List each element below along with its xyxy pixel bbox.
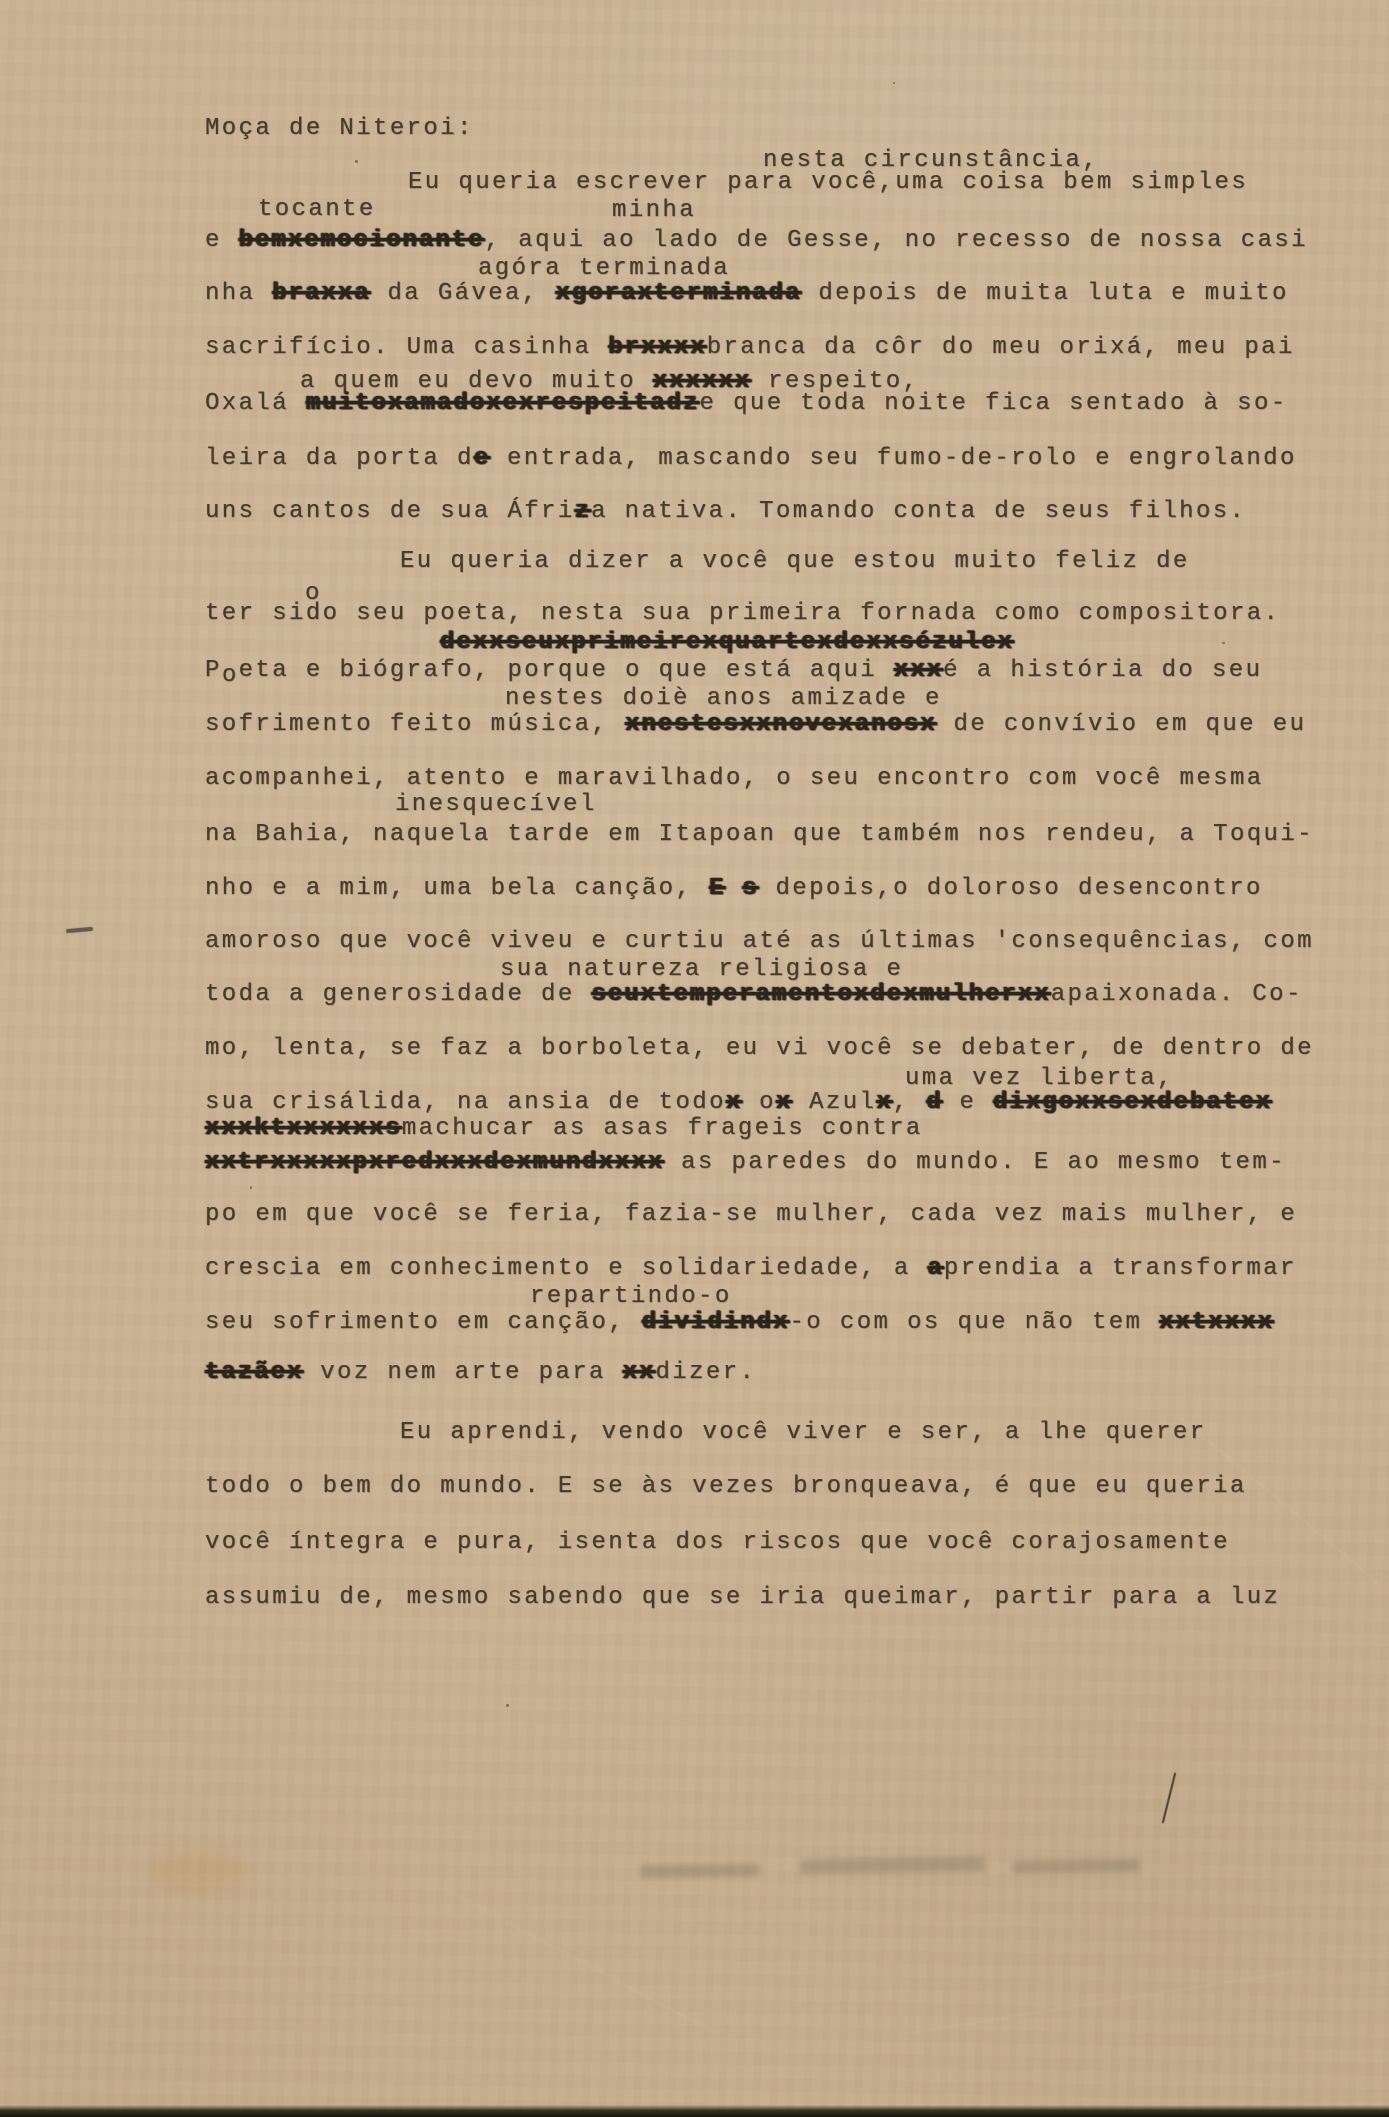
- typewriter-line: nho e a mim, uma bela canção, E s depois…: [205, 876, 1263, 902]
- text-segment: e: [205, 227, 239, 254]
- bleedthrough-smudge: [1012, 1859, 1140, 1873]
- struck-text: muitoxamadoxexrespeitadz: [306, 390, 700, 417]
- struck-text: xxtxxxx: [1159, 1309, 1274, 1336]
- text-segment: e que toda noite fica sentado à so-: [699, 390, 1287, 417]
- text-segment: leira da porta d: [205, 445, 474, 472]
- text-segment: tocante: [258, 196, 376, 223]
- struck-text: xxtrxxxxxpxredxxxdexmundxxxx: [205, 1149, 664, 1176]
- text-segment: minha: [612, 197, 696, 224]
- text-segment: a nativa. Tomando conta de seus filhos.: [591, 498, 1246, 525]
- text-segment: agóra terminada: [478, 255, 730, 282]
- text-segment: sua crisálida, na ansia de todo: [205, 1089, 726, 1116]
- struck-text: a: [928, 1255, 944, 1282]
- typewritten-letter-page: Moça de Niteroi:nesta circunstância,Eu q…: [0, 0, 1389, 2117]
- text-segment: prendia a transformar: [944, 1255, 1297, 1282]
- text-segment: Eu queria escrever para você,uma coisa b…: [408, 169, 1248, 196]
- paper-crease: [447, 1890, 713, 2033]
- struck-text: d: [926, 1089, 942, 1116]
- paper-stain: [148, 1850, 248, 1894]
- text-segment: -o com os que não tem: [790, 1309, 1160, 1336]
- struck-text: dixgoxxsexdebatex: [993, 1089, 1272, 1116]
- typewriter-line: sua crisálida, na ansia de todox ox Azul…: [205, 1090, 1272, 1116]
- typewriter-line: tocante: [258, 197, 376, 223]
- text-segment: uns cantos de sua Áfri: [205, 498, 575, 525]
- text-segment: repartindo-o: [530, 1283, 732, 1310]
- struck-text: dexxseuxprimeirexquartexdexxsézulex: [440, 629, 1014, 656]
- text-segment: assumiu de, mesmo sabendo que se iria qu…: [205, 1584, 1280, 1611]
- typewriter-line: acompanhei, atento e maravilhado, o seu …: [205, 766, 1264, 792]
- ink-speck: [1222, 642, 1225, 644]
- typewriter-line: sacrifício. Uma casinha brxxxxbranca da …: [205, 335, 1295, 361]
- pen-stroke-mark: [1162, 1773, 1177, 1824]
- text-segment: de convívio em que eu: [937, 711, 1307, 738]
- text-segment: P: [205, 657, 222, 684]
- text-segment: dizer.: [655, 1359, 756, 1386]
- text-segment: machucar as asas frageis contra: [402, 1115, 923, 1142]
- typewriter-line: crescia em conhecimento e solidariedade,…: [205, 1256, 1297, 1282]
- text-segment: apaixonada. Co-: [1051, 981, 1303, 1008]
- text-segment: ter sido seu poeta, nesta sua primeira f…: [205, 600, 1280, 627]
- text-segment: mo, lenta, se faz a borboleta, eu vi voc…: [205, 1035, 1314, 1062]
- text-segment: Azul: [792, 1089, 876, 1116]
- typewriter-line: xxxktxxxxxxsmachucar as asas frageis con…: [205, 1116, 923, 1142]
- text-segment: voz nem arte para: [303, 1359, 622, 1386]
- text-segment: ,: [893, 1089, 927, 1116]
- ink-speck: [506, 1704, 509, 1707]
- struck-text: xxx: [894, 657, 943, 684]
- typewriter-line: mo, lenta, se faz a borboleta, eu vi voc…: [205, 1036, 1314, 1062]
- typewriter-line: e bemxemocionante, aqui ao lado de Gesse…: [205, 228, 1308, 254]
- text-segment: nho e a mim, uma bela canção,: [205, 875, 709, 902]
- text-segment: Oxalá: [205, 390, 306, 417]
- text-segment: é a história do seu: [943, 657, 1262, 684]
- text-segment: nestes doiè anos amizade e: [505, 685, 942, 712]
- typewriter-line: assumiu de, mesmo sabendo que se iria qu…: [205, 1585, 1280, 1611]
- struck-text: braxxa: [272, 280, 370, 307]
- bleedthrough-smudge: [800, 1857, 985, 1875]
- struck-text: seuxtemperamentoxdexmulherxx: [591, 981, 1050, 1008]
- text-segment: depois,o doloroso desencontro: [759, 875, 1263, 902]
- typewriter-line: inesquecível: [395, 792, 597, 818]
- struck-text: tazãex: [205, 1359, 303, 1386]
- typewriter-line: dexxseuxprimeirexquartexdexxsézulex: [440, 630, 1014, 656]
- struck-text: x: [776, 1089, 792, 1116]
- text-segment: Eu aprendi, vendo você viver e ser, a lh…: [400, 1419, 1207, 1446]
- text-segment: toda a generosidade de: [205, 981, 591, 1008]
- typewriter-line: leira da porta de entrada, mascando seu …: [205, 446, 1297, 472]
- text-segment: depois de muita luta e muito: [802, 280, 1289, 307]
- typewriter-line: sua natureza religiosa e: [500, 957, 903, 983]
- struck-text: dividindx: [642, 1309, 790, 1336]
- text-segment: Eu queria dizer a você que estou muito f…: [400, 548, 1190, 575]
- text-segment: você íntegra e pura, isenta dos riscos q…: [205, 1529, 1230, 1556]
- typewriter-line: na Bahia, naquela tarde em Itapoan que t…: [205, 822, 1314, 848]
- typewriter-line: Eu queria escrever para você,uma coisa b…: [408, 170, 1248, 196]
- page-bottom-edge: [0, 2105, 1389, 2117]
- text-segment: da Gávea,: [371, 280, 556, 307]
- typewriter-line: uns cantos de sua Áfriza nativa. Tomando…: [205, 499, 1246, 525]
- typewriter-line: amoroso que você viveu e curtiu até as ú…: [205, 929, 1314, 955]
- text-segment: e: [943, 1089, 993, 1116]
- struck-text: e: [474, 445, 490, 472]
- typewriter-line: Moça de Niteroi:: [205, 116, 474, 142]
- paper-crease: [1180, 1417, 1380, 1586]
- text-segment: acompanhei, atento e maravilhado, o seu …: [205, 765, 1264, 792]
- typewriter-line: Oxalá muitoxamadoxexrespeitadze que toda…: [205, 391, 1288, 417]
- typewriter-line: você íntegra e pura, isenta dos riscos q…: [205, 1530, 1230, 1556]
- typewriter-line: todo o bem do mundo. E se às vezes bronq…: [205, 1474, 1247, 1500]
- text-segment: nha: [205, 280, 272, 307]
- typewriter-line: repartindo-o: [530, 1284, 732, 1310]
- text-segment: inesquecível: [395, 791, 597, 818]
- text-segment: sacrifício. Uma casinha: [205, 334, 608, 361]
- typewriter-line: Poeta e biógrafo, porque o que está aqui…: [205, 658, 1262, 684]
- typewriter-line: seu sofrimento em canção, dividindx-o co…: [205, 1310, 1274, 1336]
- text-segment: Moça de Niteroi:: [205, 115, 474, 142]
- struck-text: z: [575, 498, 591, 525]
- struck-text: x: [876, 1089, 892, 1116]
- text-segment: branca da côr do meu orixá, meu pai: [707, 334, 1295, 361]
- typewriter-line: Eu aprendi, vendo você viver e ser, a lh…: [400, 1420, 1207, 1446]
- typewriter-line: po em que você se feria, fazia-se mulher…: [205, 1202, 1297, 1228]
- text-segment: eta e biógrafo, porque o que está aqui: [239, 657, 894, 684]
- text-segment: as paredes do mundo. E ao mesmo tem-: [664, 1149, 1286, 1176]
- typewriter-line: nestes doiè anos amizade e: [505, 686, 942, 712]
- ink-speck: [355, 160, 358, 163]
- typewriter-line: minha: [612, 198, 696, 224]
- text-segment: uma vez liberta,: [905, 1065, 1174, 1092]
- struck-text: xx: [623, 1359, 656, 1386]
- struck-text: xgoraxterminada: [555, 280, 801, 307]
- text-segment: na Bahia, naquela tarde em Itapoan que t…: [205, 821, 1314, 848]
- struck-text: bemxemocionante: [239, 227, 485, 254]
- text-segment: amoroso que você viveu e curtiu até as ú…: [205, 928, 1314, 955]
- struck-text: brxxxx: [608, 334, 706, 361]
- typewriter-line: sofrimento feito música, xnestesxxnovexa…: [205, 712, 1306, 738]
- typewriter-line: agóra terminada: [478, 256, 730, 282]
- struck-text: x: [726, 1089, 742, 1116]
- margin-dash-mark: [66, 927, 93, 933]
- text-segment: o: [742, 1089, 776, 1116]
- ink-speck: [893, 82, 895, 84]
- text-segment: po em que você se feria, fazia-se mulher…: [205, 1201, 1297, 1228]
- struck-text: E: [709, 875, 725, 902]
- typewriter-line: tazãex voz nem arte para xxdizer.: [205, 1360, 756, 1386]
- text-segment: o: [222, 662, 239, 689]
- text-segment: sua natureza religiosa e: [500, 956, 903, 983]
- text-segment: crescia em conhecimento e solidariedade,…: [205, 1255, 928, 1282]
- struck-text: xxxktxxxxxxs: [205, 1115, 402, 1142]
- typewriter-line: nha braxxa da Gávea, xgoraxterminada dep…: [205, 281, 1289, 307]
- typewriter-line: ter sido seu poeta, nesta sua primeira f…: [205, 601, 1280, 627]
- text-segment: sofrimento feito música,: [205, 711, 625, 738]
- text-segment: entrada, mascando seu fumo-de-rolo e eng…: [490, 445, 1297, 472]
- struck-text: s: [742, 875, 758, 902]
- text-segment: todo o bem do mundo. E se às vezes bronq…: [205, 1473, 1247, 1500]
- typewriter-line: Eu queria dizer a você que estou muito f…: [400, 549, 1190, 575]
- bleedthrough-smudge: [640, 1863, 760, 1877]
- text-segment: seu sofrimento em canção,: [205, 1309, 642, 1336]
- text-segment: [725, 875, 742, 902]
- struck-text: xnestesxxnovexanosx: [625, 711, 937, 738]
- typewriter-line: toda a generosidade de seuxtemperamentox…: [205, 982, 1303, 1008]
- text-segment: , aqui ao lado de Gesse, no recesso de n…: [485, 227, 1308, 254]
- typewriter-line: xxtrxxxxxpxredxxxdexmundxxxx as paredes …: [205, 1150, 1286, 1176]
- paper-crease: [902, 1967, 1317, 2035]
- ink-speck: [250, 1186, 252, 1189]
